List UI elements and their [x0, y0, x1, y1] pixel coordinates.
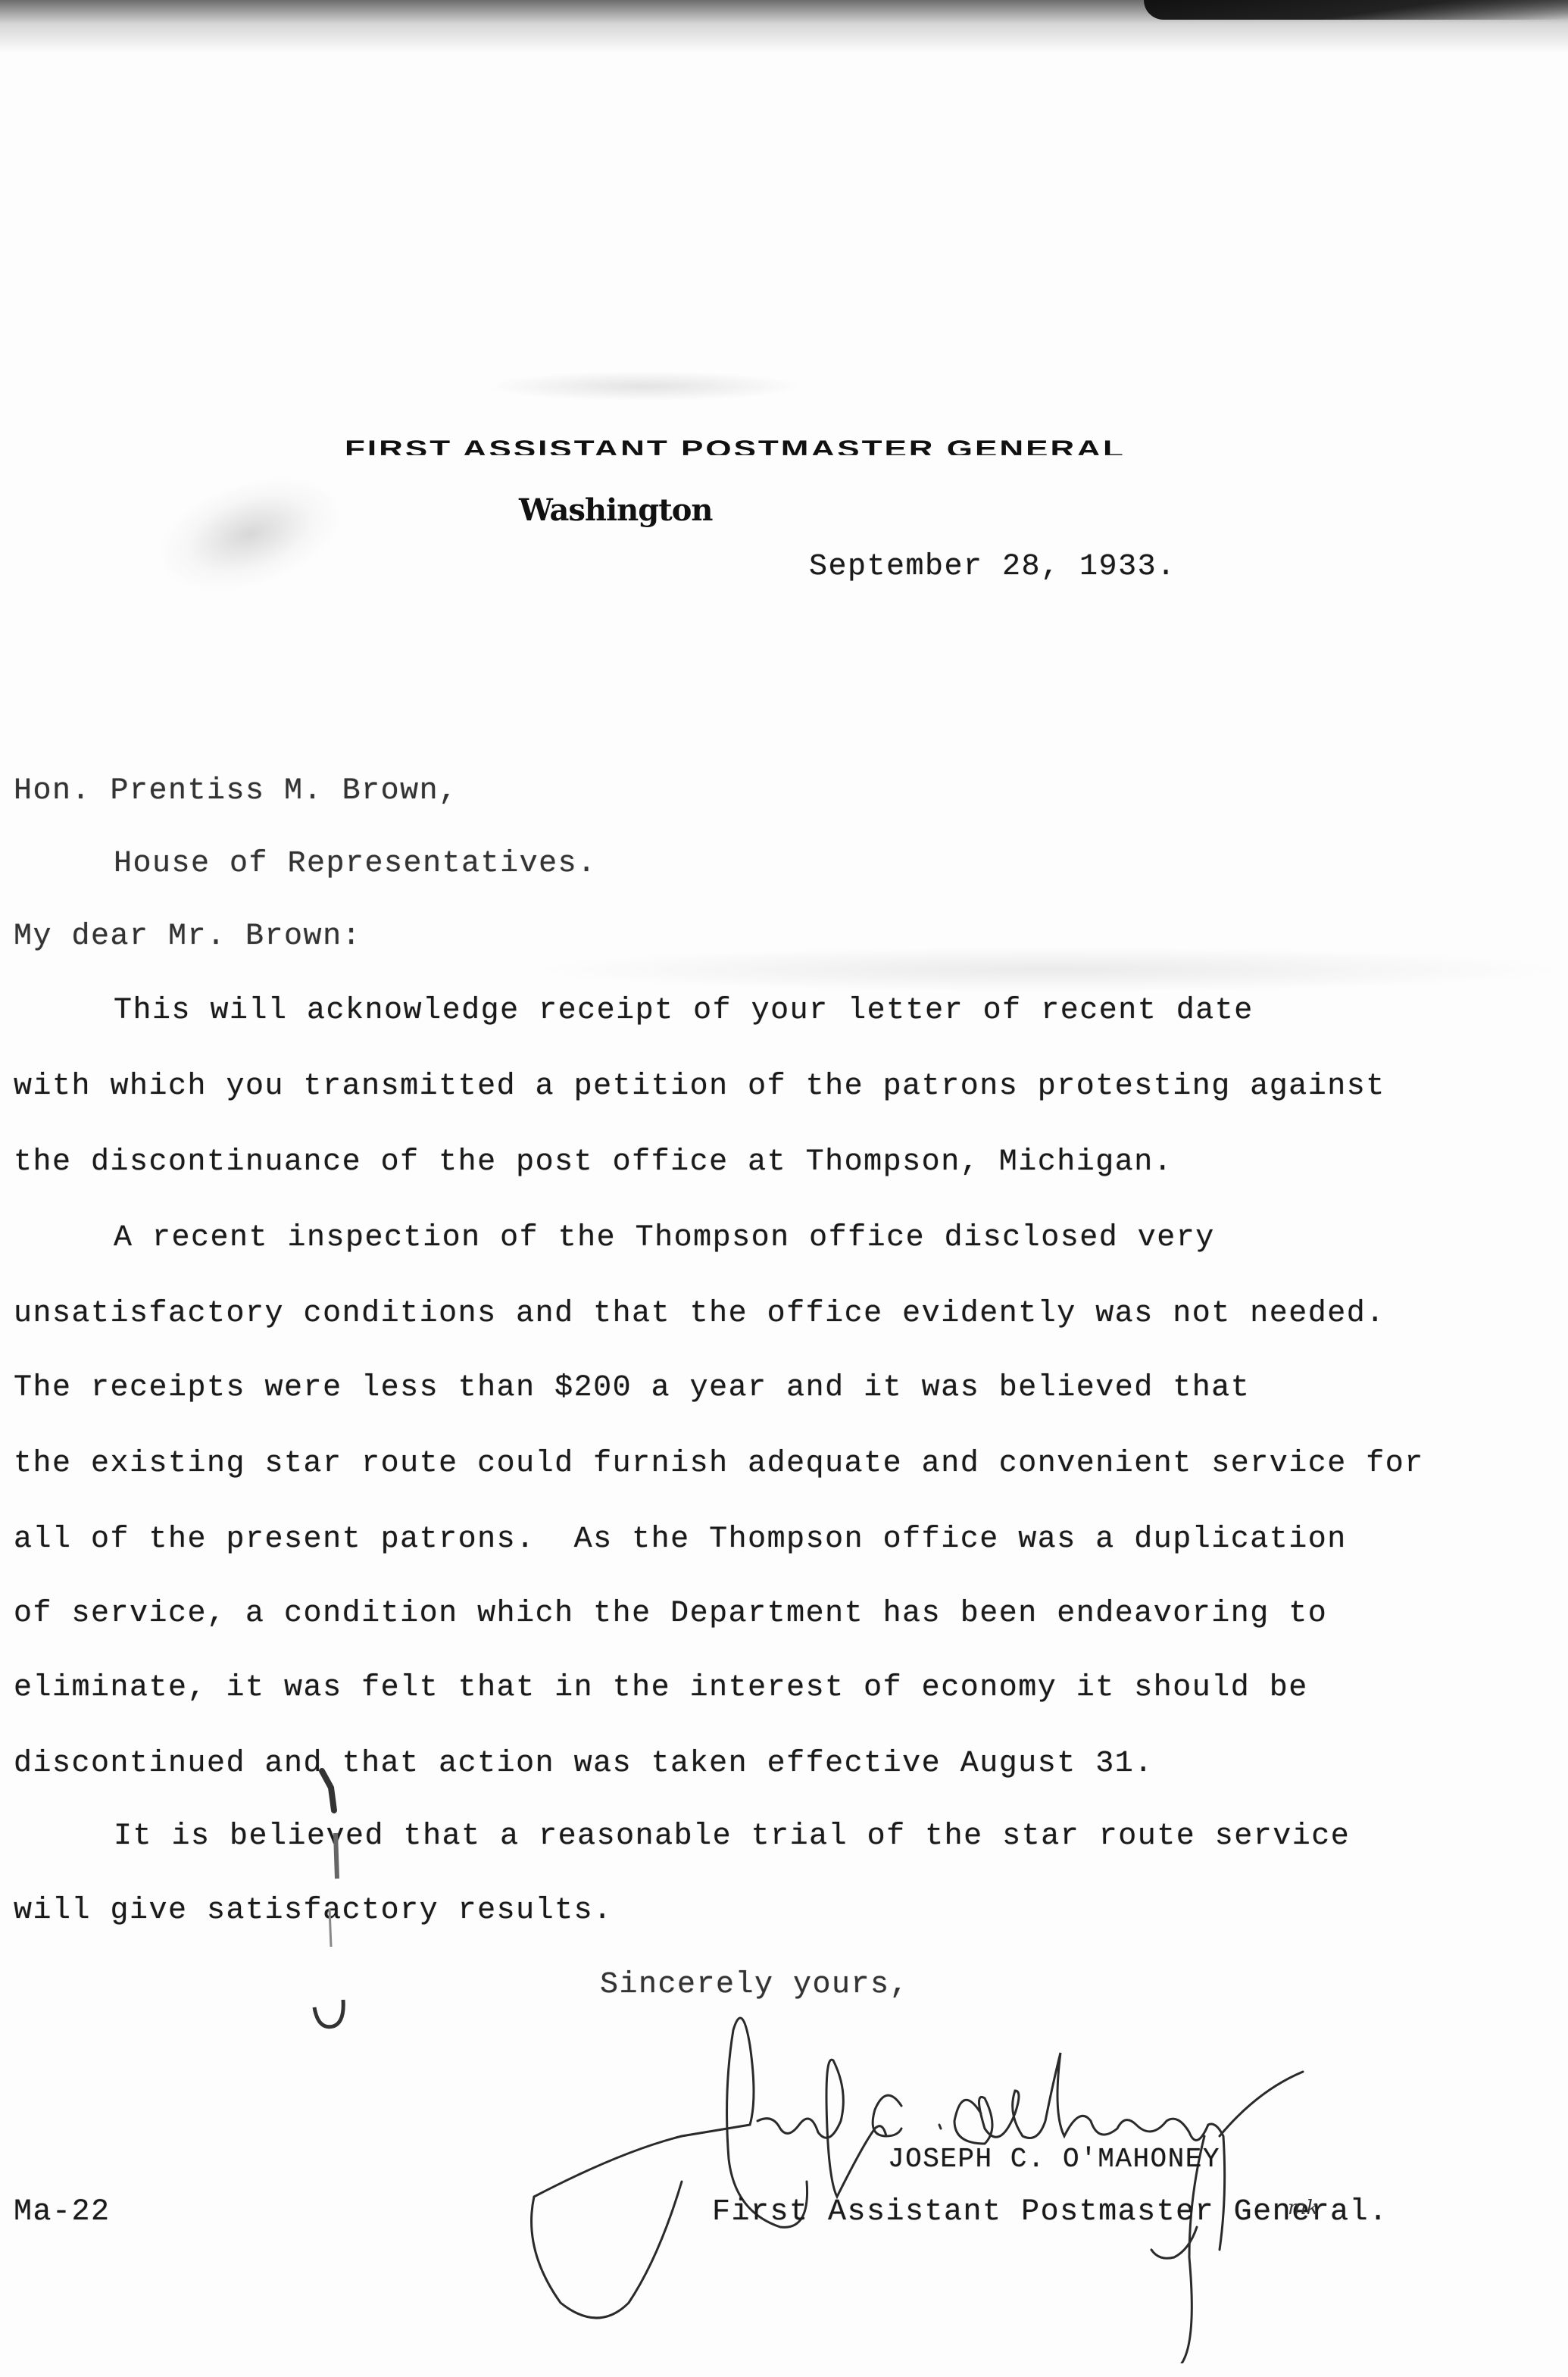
faded-seal-mark: [485, 371, 803, 401]
body-line: discontinued and that action was taken e…: [14, 1747, 1154, 1781]
body-line: the discontinuance of the post office at…: [14, 1145, 1173, 1179]
closing: Sincerely yours,: [600, 1968, 909, 2002]
smudge-mark: [148, 459, 351, 609]
speckle-band: [530, 947, 1568, 992]
signer-title: First Assistant Postmaster General.: [712, 2195, 1388, 2229]
body-line: of service, a condition which the Depart…: [14, 1597, 1327, 1631]
reference-code: Ma-22: [14, 2195, 111, 2229]
body-line: unsatisfactory conditions and that the o…: [14, 1297, 1385, 1331]
handwritten-initials: mk: [1288, 2197, 1318, 2219]
body-line: eliminate, it was felt that in the inter…: [14, 1671, 1308, 1705]
body-line: the existing star route could furnish ad…: [14, 1447, 1424, 1481]
letter-date: September 28, 1933.: [809, 550, 1176, 584]
handwritten-signature: [530, 2000, 1515, 2363]
salutation: My dear Mr. Brown:: [14, 920, 361, 954]
signer-name: JOSEPH C. O'MAHONEY: [888, 2144, 1220, 2175]
letterhead-city: Washington: [519, 492, 712, 528]
body-line: This will acknowledge receipt of your le…: [114, 994, 1254, 1028]
letterhead-office: FIRST ASSISTANT POSTMASTER GENERAL: [345, 436, 1126, 455]
body-line: all of the present patrons. As the Thomp…: [14, 1523, 1347, 1557]
letter-page: FIRST ASSISTANT POSTMASTER GENERAL Washi…: [0, 0, 1568, 2377]
body-line: with which you transmitted a petition of…: [14, 1070, 1385, 1104]
body-line: A recent inspection of the Thompson offi…: [114, 1221, 1215, 1255]
recipient-name: Hon. Prentiss M. Brown,: [14, 774, 458, 808]
scan-dark-corner: [1144, 0, 1568, 20]
body-line: The receipts were less than $200 a year …: [14, 1371, 1250, 1405]
recipient-org: House of Representatives.: [114, 847, 597, 881]
ink-smudge-mark: [299, 1765, 360, 2053]
